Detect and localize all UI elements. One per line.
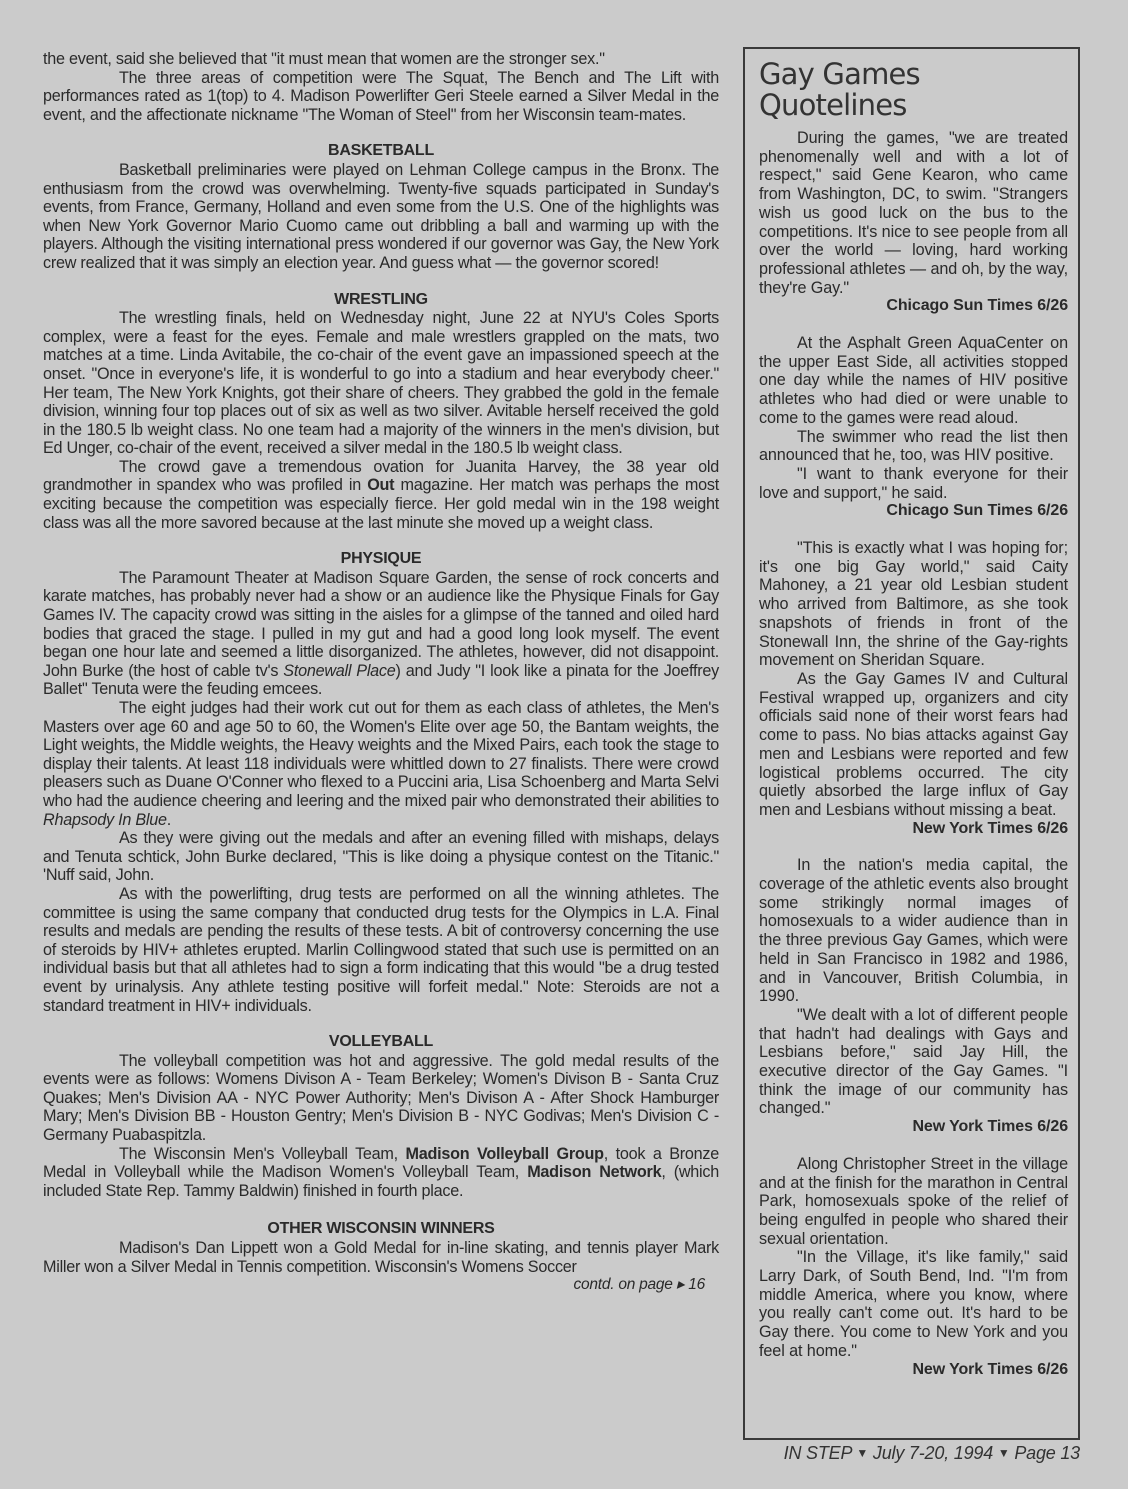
quote-paragraph: "In the Village, it's like family," said… bbox=[759, 1248, 1068, 1360]
article-paragraph: The crowd gave a tremendous ovation for … bbox=[43, 458, 719, 532]
article-paragraph: The eight judges had their work cut out … bbox=[43, 699, 719, 829]
quote-paragraph: Along Christopher Street in the village … bbox=[759, 1155, 1068, 1249]
issue-date: July 7-20, 1994 bbox=[873, 1443, 993, 1463]
article-paragraph: Basketball preliminaries were played on … bbox=[43, 161, 719, 273]
quote-block: "This is exactly what I was hoping for; … bbox=[759, 539, 1068, 838]
article-paragraph: The Paramount Theater at Madison Square … bbox=[43, 569, 719, 699]
quote-block: Along Christopher Street in the village … bbox=[759, 1155, 1068, 1379]
quote-paragraph: At the Asphalt Green AquaCenter on the u… bbox=[759, 334, 1068, 428]
quote-paragraph: During the games, "we are treated phenom… bbox=[759, 129, 1068, 297]
sidebar-title: Gay Games Quotelines bbox=[759, 59, 1068, 121]
publication-name: IN STEP bbox=[784, 1443, 852, 1463]
quote-paragraph: As the Gay Games IV and Cultural Festiva… bbox=[759, 670, 1068, 820]
article-paragraph: As with the powerlifting, drug tests are… bbox=[43, 885, 719, 1015]
text-run: . bbox=[167, 811, 171, 829]
page-number: Page 13 bbox=[1014, 1443, 1080, 1463]
article-paragraph: The volleyball competition was hot and a… bbox=[43, 1052, 719, 1145]
section-heading-other-winners: OTHER WISCONSIN WINNERS bbox=[43, 1220, 719, 1239]
article-paragraph: The Wisconsin Men's Volleyball Team, Mad… bbox=[43, 1145, 719, 1201]
quote-source: Chicago Sun Times 6/26 bbox=[759, 502, 1068, 521]
triangle-down-icon: ▼ bbox=[998, 1446, 1010, 1460]
show-title: Stonewall Place bbox=[283, 662, 395, 680]
quote-paragraph: "I want to thank everyone for their love… bbox=[759, 465, 1068, 502]
quote-block: At the Asphalt Green AquaCenter on the u… bbox=[759, 334, 1068, 521]
quote-paragraph: In the nation's media capital, the cover… bbox=[759, 856, 1068, 1006]
section-heading-basketball: BASKETBALL bbox=[43, 142, 719, 161]
triangle-down-icon: ▼ bbox=[856, 1446, 868, 1460]
quote-source: New York Times 6/26 bbox=[759, 1361, 1068, 1380]
article-paragraph: As they were giving out the medals and a… bbox=[43, 829, 719, 885]
quote-source: New York Times 6/26 bbox=[759, 820, 1068, 839]
section-heading-volleyball: VOLLEYBALL bbox=[43, 1033, 719, 1052]
text-run: The eight judges had their work cut out … bbox=[43, 699, 719, 810]
section-heading-wrestling: WRESTLING bbox=[43, 291, 719, 310]
team-name: Madison Network bbox=[527, 1163, 661, 1181]
article-main-column: the event, said she believed that "it mu… bbox=[43, 50, 719, 1295]
quote-paragraph: "We dealt with a lot of different people… bbox=[759, 1006, 1068, 1118]
quote-block: During the games, "we are treated phenom… bbox=[759, 129, 1068, 316]
newspaper-page: the event, said she believed that "it mu… bbox=[0, 0, 1128, 1489]
article-paragraph: the event, said she believed that "it mu… bbox=[43, 50, 719, 69]
magazine-name: Out bbox=[367, 476, 394, 494]
article-paragraph: The three areas of competition were The … bbox=[43, 69, 719, 125]
continued-on-page-link[interactable]: contd. on page ▸ 16 bbox=[43, 1276, 719, 1295]
section-heading-physique: PHYSIQUE bbox=[43, 550, 719, 569]
text-run: The Wisconsin Men's Volleyball Team, bbox=[119, 1145, 406, 1163]
quote-source: New York Times 6/26 bbox=[759, 1118, 1068, 1137]
quote-block: In the nation's media capital, the cover… bbox=[759, 856, 1068, 1137]
sidebar-title-line: Quotelines bbox=[759, 90, 1068, 121]
article-paragraph: Madison's Dan Lippett won a Gold Medal f… bbox=[43, 1239, 719, 1276]
music-title: Rhapsody In Blue bbox=[43, 811, 167, 829]
page-footer: IN STEP ▼ July 7-20, 1994 ▼ Page 13 bbox=[744, 1443, 1080, 1464]
quote-source: Chicago Sun Times 6/26 bbox=[759, 297, 1068, 316]
sidebar-title-line: Gay Games bbox=[759, 59, 1068, 90]
quote-paragraph: The swimmer who read the list then annou… bbox=[759, 428, 1068, 465]
quote-paragraph: "This is exactly what I was hoping for; … bbox=[759, 539, 1068, 670]
article-paragraph: The wrestling finals, held on Wednesday … bbox=[43, 309, 719, 458]
quotelines-sidebar-box: Gay Games Quotelines During the games, "… bbox=[743, 47, 1080, 1440]
team-name: Madison Volleyball Group bbox=[406, 1145, 604, 1163]
